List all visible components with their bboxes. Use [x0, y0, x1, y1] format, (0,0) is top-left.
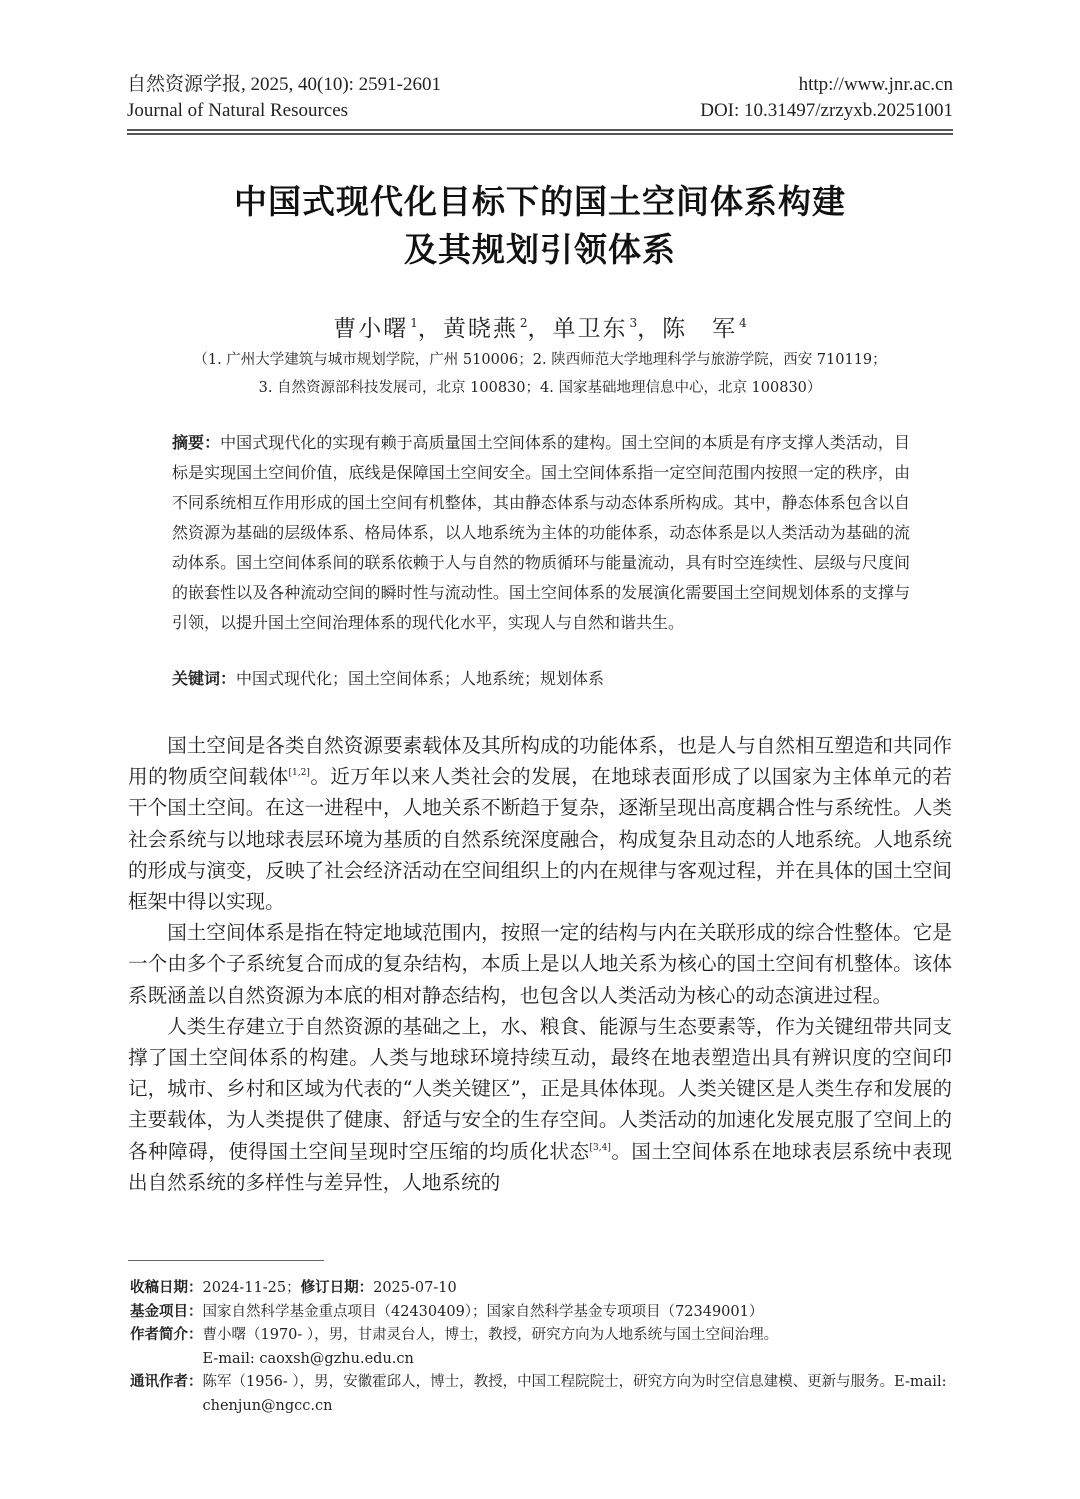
title-line-2: 及其规划引领体系 — [0, 226, 1080, 274]
title-line-1: 中国式现代化目标下的国土空间体系构建 — [0, 178, 1080, 226]
corresponding-bio: 陈军（1956- ），男，安徽霍邱人，博士，教授，中国工程院院士，研究方向为时空… — [203, 1371, 953, 1418]
abstract-text: 中国式现代化的实现有赖于高质量国土空间体系的建构。国土空间的本质是有序支撑人类活… — [172, 433, 910, 632]
fund-label: 基金项目： — [130, 1301, 203, 1325]
keywords-text: 中国式现代化；国土空间体系；人地系统；规划体系 — [236, 669, 604, 688]
author-name: 黄晓燕 — [443, 316, 518, 342]
body-paragraph-1: 国土空间是各类自然资源要素载体及其所构成的功能体系，也是人与自然相互塑造和共同作… — [128, 730, 952, 917]
fund-text: 国家自然科学基金重点项目（42430409）；国家自然科学基金专项项目（7234… — [203, 1301, 953, 1325]
revised-date: 2025-07-10 — [373, 1277, 457, 1301]
journal-name-en: Journal of Natural Resources — [127, 98, 441, 124]
header-right: http://www.jnr.ac.cn DOI: 10.31497/zrzyx… — [700, 72, 953, 124]
affiliations: （1. 广州大学建筑与城市规划学院，广州 510006；2. 陕西师范大学地理科… — [140, 346, 940, 402]
journal-url-link[interactable]: http://www.jnr.ac.cn — [700, 72, 953, 98]
affiliation-line-1: （1. 广州大学建筑与城市规划学院，广州 510006；2. 陕西师范大学地理科… — [140, 346, 940, 374]
footnotes: 收稿日期： 2024-11-25； 修订日期： 2025-07-10 基金项目：… — [130, 1277, 952, 1418]
body-text: 国土空间是各类自然资源要素载体及其所构成的功能体系，也是人与自然相互塑造和共同作… — [128, 730, 952, 1198]
body-paragraph-2: 国土空间体系是指在特定地域范围内，按照一定的结构与内在关联形成的综合性整体。它是… — [128, 917, 952, 1011]
journal-citation-cn: 自然资源学报, 2025, 40(10): 2591-2601 — [127, 72, 441, 98]
footnote-corresponding: 通讯作者： 陈军（1956- ），男，安徽霍邱人，博士，教授，中国工程院院士，研… — [130, 1371, 952, 1418]
author-separator: ， — [637, 316, 662, 342]
author-list: 曹小曙1，黄晓燕2，单卫东3，陈 军4 — [0, 306, 1080, 346]
footnote-dates: 收稿日期： 2024-11-25； 修订日期： 2025-07-10 — [130, 1277, 952, 1301]
author-email-link[interactable]: E-mail: caoxsh@gzhu.edu.cn — [203, 1351, 414, 1367]
author-affiliation-mark: 1 — [410, 316, 418, 330]
author-affiliation-mark: 3 — [630, 316, 638, 330]
date-separator: ； — [286, 1277, 301, 1301]
received-label: 收稿日期： — [130, 1277, 203, 1301]
author-bio-text: 曹小曙（1970- ），男，甘肃灵台人，博士，教授，研究方向为人地系统与国土空间… — [203, 1327, 779, 1343]
paper-title: 中国式现代化目标下的国土空间体系构建 及其规划引领体系 — [0, 178, 1080, 274]
author-name: 陈 军 — [662, 316, 737, 342]
abstract-label: 摘要： — [172, 433, 220, 452]
author-bio-label: 作者简介： — [130, 1324, 203, 1348]
abstract: 摘要：中国式现代化的实现有赖于高质量国土空间体系的建构。国土空间的本质是有序支撑… — [172, 428, 910, 638]
author-separator: ， — [418, 316, 443, 342]
header-left: 自然资源学报, 2025, 40(10): 2591-2601 Journal … — [127, 72, 441, 124]
doi-link[interactable]: DOI: 10.31497/zrzyxb.20251001 — [700, 98, 953, 124]
affiliation-line-2: 3. 自然资源部科技发展司，北京 100830；4. 国家基础地理信息中心，北京… — [140, 374, 940, 402]
keywords: 关键词：中国式现代化；国土空间体系；人地系统；规划体系 — [172, 664, 910, 694]
keywords-label: 关键词： — [172, 669, 236, 688]
author-name: 曹小曙 — [333, 316, 408, 342]
body-paragraph-3: 人类生存建立于自然资源的基础之上，水、粮食、能源与生态要素等，作为关键纽带共同支… — [128, 1011, 952, 1198]
header-double-rule — [127, 129, 953, 135]
author-name: 单卫东 — [553, 316, 628, 342]
footnote-rule — [128, 1260, 324, 1261]
author-bio: 曹小曙（1970- ），男，甘肃灵台人，博士，教授，研究方向为人地系统与国土空间… — [203, 1324, 953, 1371]
revised-label: 修订日期： — [301, 1277, 374, 1301]
author-affiliation-mark: 2 — [520, 316, 528, 330]
author-separator: ， — [528, 316, 553, 342]
footnote-author: 作者简介： 曹小曙（1970- ），男，甘肃灵台人，博士，教授，研究方向为人地系… — [130, 1324, 952, 1371]
paper-page: 自然资源学报, 2025, 40(10): 2591-2601 Journal … — [0, 0, 1080, 1499]
footnote-fund: 基金项目： 国家自然科学基金重点项目（42430409）；国家自然科学基金专项项… — [130, 1301, 952, 1325]
citation-link[interactable]: [3,4] — [590, 1143, 611, 1153]
corresponding-label: 通讯作者： — [130, 1371, 203, 1395]
citation-link[interactable]: [1,2] — [289, 768, 310, 778]
received-date: 2024-11-25 — [203, 1277, 287, 1301]
author-affiliation-mark: 4 — [739, 316, 747, 330]
